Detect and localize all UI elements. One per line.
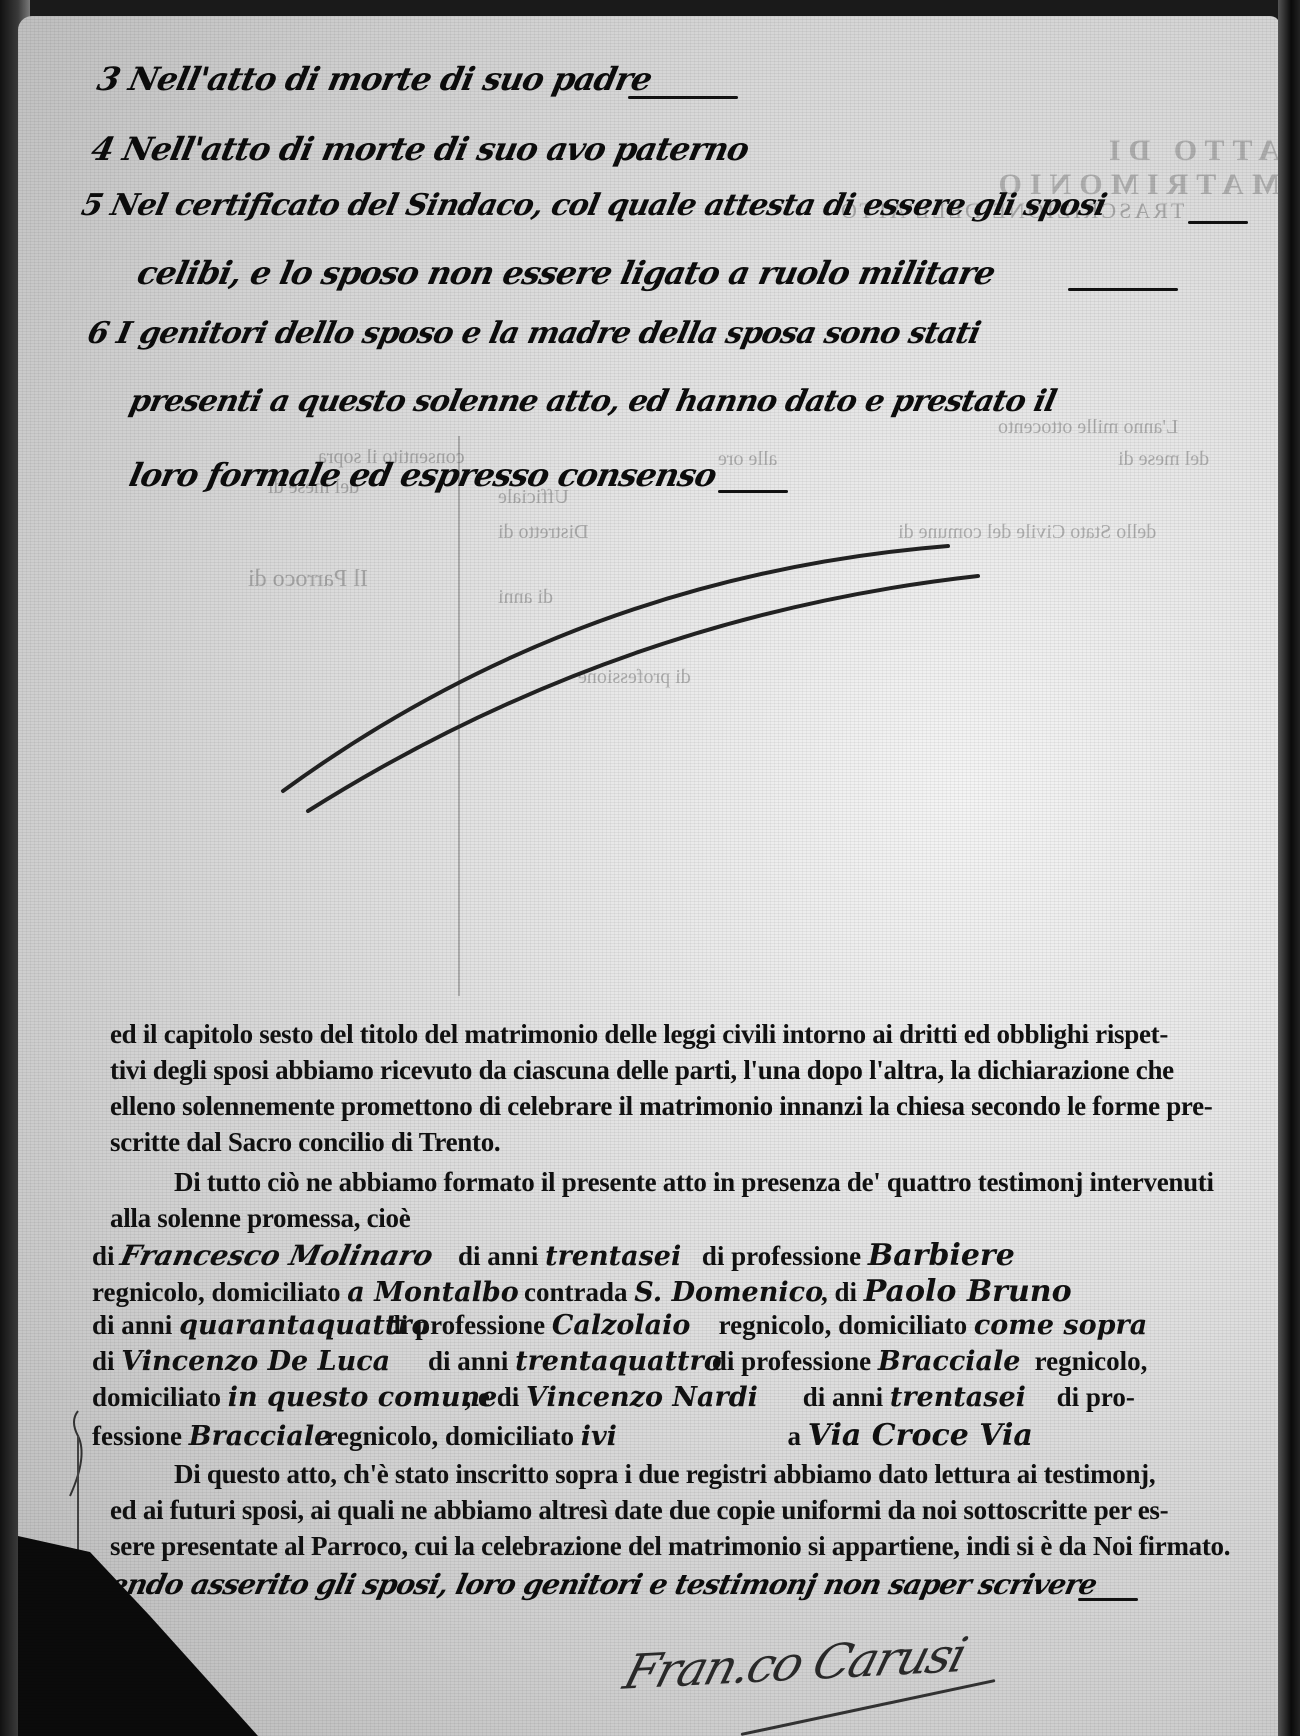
witness-3-profession: Bracciale	[878, 1346, 1028, 1377]
label: , e di	[465, 1382, 520, 1412]
label: di	[92, 1241, 115, 1271]
witness-2-residence: come sopra	[974, 1310, 1147, 1341]
scan-right-edge	[1278, 0, 1300, 1736]
witness-3-name: Vincenzo De Luca	[121, 1346, 421, 1377]
witness-4-profession: Bracciale	[189, 1421, 319, 1452]
handwritten-closing-note: avendo asserito gli sposi, loro genitori…	[74, 1568, 1099, 1601]
witness-line-5: domiciliato in questo comune , e di Vinc…	[92, 1382, 1135, 1413]
text-line: elleno solennemente promettono di celebr…	[110, 1088, 1280, 1124]
witness-3-residence: in questo comune	[228, 1382, 458, 1413]
witness-2-profession: Calzolaio	[552, 1310, 712, 1341]
label: di anni	[92, 1310, 172, 1340]
witness-line-2: regnicolo, domiciliato a Montalbo contra…	[92, 1274, 1072, 1309]
witness-4-name: Vincenzo Nardi	[526, 1382, 796, 1413]
label: , di	[821, 1277, 857, 1307]
label: regnicolo, domiciliato	[326, 1421, 574, 1451]
label: di professione	[712, 1346, 871, 1376]
printed-paragraph-1: ed il capitolo sesto del titolo del matr…	[110, 1016, 1280, 1160]
label: di professione	[702, 1241, 861, 1271]
text-line: Di questo atto, ch'è stato inscritto sop…	[110, 1456, 1280, 1492]
printed-paragraph-3: Di questo atto, ch'è stato inscritto sop…	[110, 1456, 1280, 1564]
text-line: Di tutto ciò ne abbiamo formato il prese…	[110, 1164, 1280, 1200]
label: di anni	[803, 1382, 883, 1412]
printed-paragraph-2: Di tutto ciò ne abbiamo formato il prese…	[110, 1164, 1280, 1236]
text-line: tivi degli sposi abbiamo ricevuto da cia…	[110, 1052, 1280, 1088]
text-line: scritte dal Sacro concilio di Trento.	[110, 1124, 1280, 1160]
witness-1-residence: a Montalbo	[347, 1277, 517, 1308]
witness-1-profession: Barbiere	[868, 1238, 1015, 1273]
witness-3-age: trentaquattro	[515, 1346, 705, 1377]
witness-2-name: Paolo Bruno	[864, 1274, 1072, 1309]
witness-2-age: quarantaquattro	[179, 1310, 379, 1341]
document-page: ATTO DI MATRIMONIO TRASCRIZIONE DELL'ATT…	[18, 16, 1280, 1736]
label: di anni	[428, 1346, 508, 1376]
label: di pro-	[1057, 1382, 1135, 1412]
witness-1-name: Francesco Molinaro	[118, 1239, 455, 1272]
text-line: ed ai futuri sposi, ai quali ne abbiamo …	[110, 1492, 1280, 1528]
line-flourish	[1078, 1598, 1138, 1601]
label: contrada	[524, 1277, 628, 1307]
label: di anni	[458, 1241, 538, 1271]
label: fessione	[92, 1421, 182, 1451]
text-line: sere presentate al Parroco, cui la celeb…	[110, 1528, 1280, 1564]
text-line: ed il capitolo sesto del titolo del matr…	[110, 1016, 1280, 1052]
label: di	[92, 1346, 115, 1376]
label: a	[787, 1421, 801, 1451]
witness-4-street: Via Croce Via	[808, 1418, 1033, 1453]
label: di professione	[386, 1310, 545, 1340]
witness-1-street: S. Domenico	[634, 1277, 814, 1308]
witness-line-6: fessione Bracciale regnicolo, domiciliat…	[92, 1418, 1033, 1453]
label: regnicolo, domiciliato	[719, 1310, 967, 1340]
witness-4-age: trentasei	[890, 1382, 1050, 1413]
witness-line-3: di anni quarantaquattro di professione C…	[92, 1310, 1147, 1341]
label: regnicolo, domiciliato	[92, 1277, 340, 1307]
witness-1-age: trentasei	[545, 1241, 695, 1272]
witness-line-1: di Francesco Molinaro di anni trentasei …	[92, 1238, 1015, 1273]
label: domiciliato	[92, 1382, 221, 1412]
text-line: alla solenne promessa, cioè	[110, 1200, 1280, 1236]
witness-line-4: di Vincenzo De Luca di anni trentaquattr…	[92, 1346, 1147, 1377]
witness-4-residence: ivi	[581, 1421, 781, 1452]
label: regnicolo,	[1035, 1346, 1148, 1376]
